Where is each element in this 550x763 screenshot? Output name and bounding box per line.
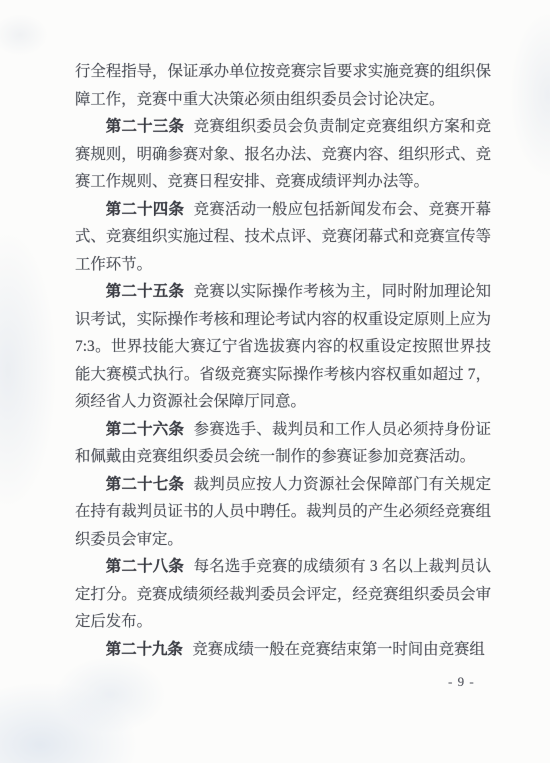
article-text: 竞赛成绩一般在竞赛结束第一时间由竞赛组: [192, 641, 484, 658]
article-term: 第二十六条: [106, 421, 184, 438]
paragraph-article-24: 第二十四条竞赛活动一般应包括新闻发布会、竞赛开幕式、竞赛组织实施过程、技术点评、…: [75, 196, 491, 279]
article-term: 第二十九条: [106, 641, 183, 658]
article-term: 第二十三条: [106, 118, 184, 135]
paragraph-article-26: 第二十六条参赛选手、裁判员和工作人员必须持身份证和佩戴由竞赛组织委员会统一制作的…: [75, 416, 491, 471]
paragraph-article-29: 第二十九条竞赛成绩一般在竞赛结束第一时间由竞赛组: [75, 636, 491, 664]
article-text: 竞赛以实际操作考核为主，同时附加理论知识考试，实际操作考核和理论考试内容的权重设…: [75, 283, 491, 410]
paragraph-article-28: 第二十八条每名选手竞赛的成绩须有 3 名以上裁判员认定打分。竞赛成绩须经裁判委员…: [75, 553, 491, 636]
document-body: 行全程指导，保证承办单位按竞赛宗旨要求实施竞赛的组织保障工作，竞赛中重大决策必须…: [75, 58, 491, 663]
article-term: 第二十七条: [106, 476, 184, 493]
article-text: 行全程指导，保证承办单位按竞赛宗旨要求实施竞赛的组织保障工作，竞赛中重大决策必须…: [75, 63, 491, 108]
paragraph-continuation: 行全程指导，保证承办单位按竞赛宗旨要求实施竞赛的组织保障工作，竞赛中重大决策必须…: [75, 58, 491, 113]
article-term: 第二十四条: [106, 201, 184, 218]
article-term: 第二十八条: [106, 558, 184, 575]
paragraph-article-25: 第二十五条竞赛以实际操作考核为主，同时附加理论知识考试，实际操作考核和理论考试内…: [75, 278, 491, 416]
page-number: - 9 -: [448, 674, 475, 690]
paragraph-article-23: 第二十三条竞赛组织委员会负责制定竞赛组织方案和竞赛规则，明确参赛对象、报名办法、…: [75, 113, 491, 196]
document-page: 行全程指导，保证承办单位按竞赛宗旨要求实施竞赛的组织保障工作，竞赛中重大决策必须…: [0, 0, 550, 763]
paragraph-article-27: 第二十七条裁判员应按人力资源社会保障部门有关规定在持有裁判员证书的人员中聘任。裁…: [75, 471, 491, 554]
article-term: 第二十五条: [106, 283, 184, 300]
